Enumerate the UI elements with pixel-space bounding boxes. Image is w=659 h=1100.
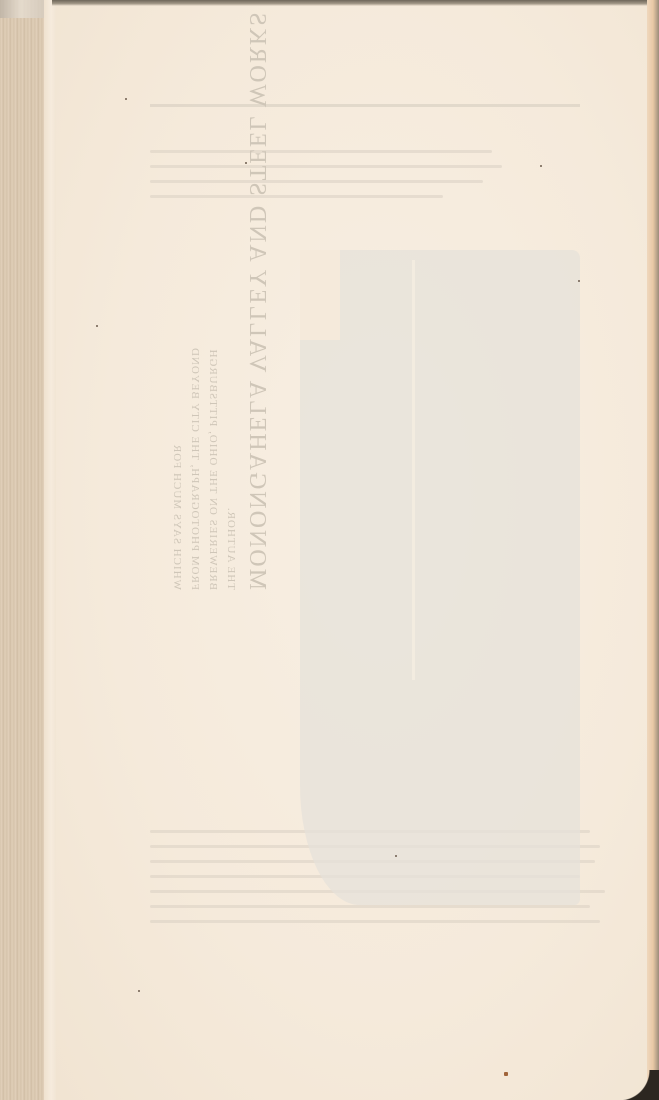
scan-corner-shadow	[619, 1070, 659, 1100]
bleed-caption: MONONGAHELA VALLEY AND STEEL WORKS THE A…	[171, 10, 270, 590]
caption-line: WHICH SAYS MUCH FOR	[171, 10, 183, 590]
plate-notch	[300, 250, 340, 340]
plate-fold-line	[412, 260, 415, 680]
gutter	[44, 0, 56, 1100]
caption-line: FROM PHOTOGRAPH, THE CITY BEYOND	[189, 10, 201, 590]
page-stack-edge	[0, 0, 44, 1100]
caption-title: MONONGAHELA VALLEY AND STEEL WORKS	[243, 10, 270, 590]
scanned-page: MONONGAHELA VALLEY AND STEEL WORKS THE A…	[0, 0, 659, 1100]
top-shadow	[52, 0, 659, 6]
bleed-plate-image	[300, 250, 580, 905]
caption-line: THE AUTHOR.	[225, 10, 237, 590]
caption-line: BREWERIES ON THE OHIO, PITTSBURGH	[207, 10, 219, 590]
right-page-edge	[647, 0, 659, 1100]
